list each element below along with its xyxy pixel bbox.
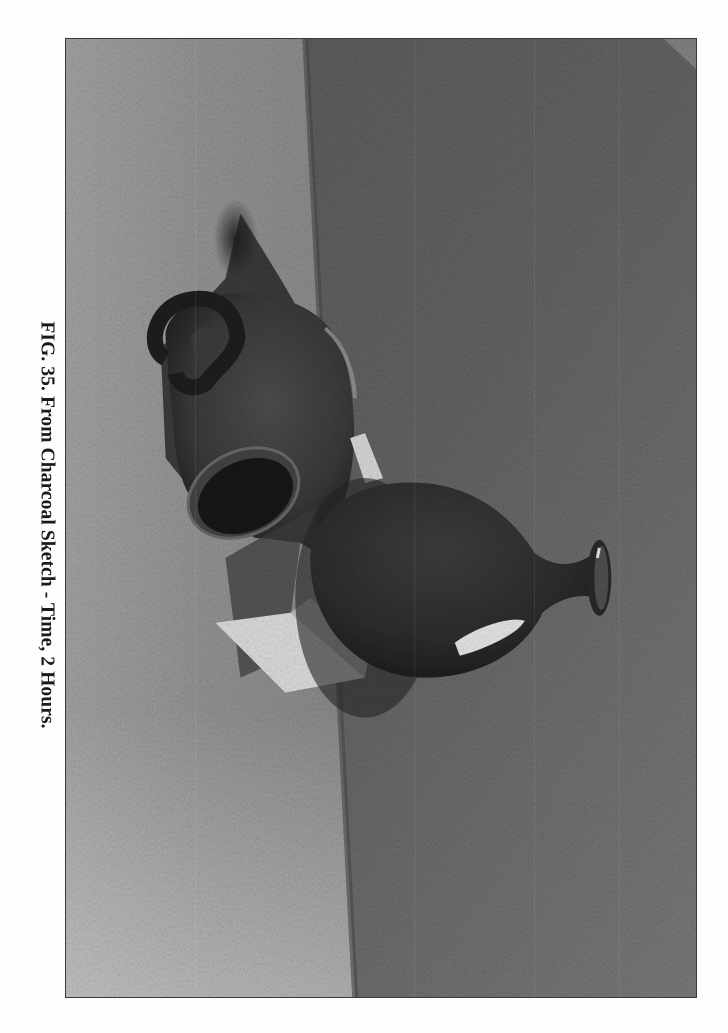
still-life-drawing <box>66 39 696 997</box>
charcoal-sketch-illustration <box>65 38 697 998</box>
figure-caption: FIG. 35. From Charcoal Sketch - Time, 2 … <box>34 315 60 735</box>
book-page: FIG. 35. From Charcoal Sketch - Time, 2 … <box>0 0 728 1033</box>
figure-caption-text: FIG. 35. From Charcoal Sketch - Time, 2 … <box>36 321 58 728</box>
